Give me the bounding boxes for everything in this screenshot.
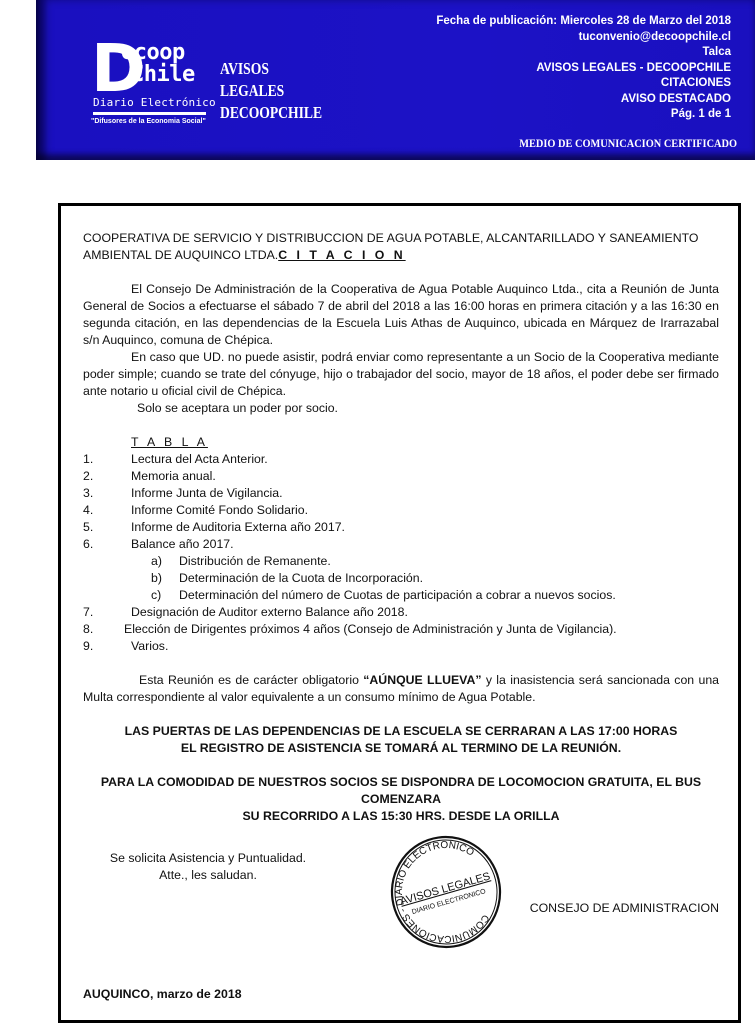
place-date: AUQUINCO, marzo de 2018 [83, 986, 242, 1003]
subitem-letter: b) [151, 570, 179, 587]
agenda-number: 6. [83, 536, 131, 553]
agenda-number: 5. [83, 519, 131, 536]
agenda-item: 7.Designación de Auditor externo Balance… [83, 604, 719, 621]
paragraph-convocation: El Consejo De Administración de la Coope… [83, 281, 719, 349]
citacion-tag: C I T A C I O N [278, 248, 405, 262]
transport-notice: PARA LA COMODIDAD DE NUESTROS SOCIOS SE … [83, 774, 719, 825]
agenda-label: Balance año 2017. [131, 536, 234, 553]
agenda-label: Elección de Dirigentes próximos 4 años (… [124, 621, 617, 638]
section-title-line: DECOOPCHILE [220, 102, 322, 124]
doors-notice-line: EL REGISTRO DE ASISTENCIA SE TOMARÁ AL T… [83, 740, 719, 757]
official-stamp: COMUNICACIONES - DIARIO ELECTRONICO AVIS… [388, 834, 504, 950]
agenda-item: 8.Elección de Dirigentes próximos 4 años… [83, 621, 719, 638]
header-banner: D ecoop Chile Diario Electrónico "Difuso… [36, 0, 755, 160]
notice-document: COOPERATIVA DE SERVICIO Y DISTRIBUCCION … [58, 203, 741, 1023]
logo-word-chile: Chile [131, 64, 195, 86]
agenda-label: Informe Junta de Vigilancia. [131, 485, 283, 502]
agenda-item: 4.Informe Comité Fondo Solidario. [83, 502, 719, 519]
logo-divider [93, 112, 206, 115]
paragraph-proxy: En caso que UD. no puede asistir, podrá … [83, 349, 719, 400]
certified-label: MEDIO DE COMUNICACION CERTIFICADO [519, 138, 737, 150]
publication-section: AVISOS LEGALES - DECOOPCHILE [436, 61, 731, 77]
publication-category: CITACIONES [436, 76, 731, 92]
obligation-text: Esta Reunión es de carácter obligatorio [139, 673, 363, 687]
agenda-title: T A B L A [83, 434, 719, 451]
agenda-label: Informe Comité Fondo Solidario. [131, 502, 308, 519]
section-title-line: AVISOS [220, 58, 322, 80]
agenda-list: 1.Lectura del Acta Anterior. 2.Memoria a… [83, 451, 719, 655]
agenda-subitem: a)Distribución de Remanente. [83, 553, 719, 570]
closing-line: Se solicita Asistencia y Puntualidad. [83, 850, 333, 867]
publication-date: Fecha de publicación: Miercoles 28 de Ma… [436, 14, 731, 30]
logo-word-decoop: ecoop [121, 42, 185, 64]
subitem-label: Distribución de Remanente. [179, 553, 331, 570]
closing-line: Atte., les saludan. [83, 867, 333, 884]
agenda-item: 5.Informe de Auditoria Externa año 2017. [83, 519, 719, 536]
page-indicator: Pág. 1 de 1 [436, 107, 731, 123]
agenda-item: 6.Balance año 2017. [83, 536, 719, 553]
transport-notice-line: PARA LA COMODIDAD DE NUESTROS SOCIOS SE … [83, 774, 719, 808]
agenda-item: 2.Memoria anual. [83, 468, 719, 485]
section-title: AVISOS LEGALES DECOOPCHILE [220, 58, 322, 124]
paragraph-obligation: Esta Reunión es de carácter obligatorio … [83, 672, 719, 706]
agenda-number: 3. [83, 485, 131, 502]
agenda-number: 1. [83, 451, 131, 468]
document-heading: COOPERATIVA DE SERVICIO Y DISTRIBUCCION … [83, 230, 719, 264]
subitem-label: Determinación de la Cuota de Incorporaci… [179, 570, 423, 587]
agenda-label: Informe de Auditoria Externa año 2017. [131, 519, 345, 536]
logo-tagline: "Difusores de la Economia Social" [91, 118, 206, 125]
agenda-number: 2. [83, 468, 131, 485]
agenda-subitem: b)Determinación de la Cuota de Incorpora… [83, 570, 719, 587]
closing-remarks: Se solicita Asistencia y Puntualidad. At… [83, 850, 333, 884]
agenda-number: 4. [83, 502, 131, 519]
publication-meta: Fecha de publicación: Miercoles 28 de Ma… [436, 14, 731, 123]
agenda-subitem: c)Determinación del número de Cuotas de … [83, 587, 719, 604]
agenda-item: 1.Lectura del Acta Anterior. [83, 451, 719, 468]
agenda-label: Memoria anual. [131, 468, 216, 485]
agenda-label: Designación de Auditor externo Balance a… [131, 604, 408, 621]
city: Talca [436, 45, 731, 61]
obligation-emphasis: “AÚNQUE LLUEVA” [363, 673, 481, 687]
contact-email[interactable]: tuconvenio@decoopchile.cl [436, 30, 731, 46]
subitem-letter: c) [151, 587, 179, 604]
agenda-number: 7. [83, 604, 131, 621]
document-body: COOPERATIVA DE SERVICIO Y DISTRIBUCCION … [83, 230, 719, 825]
subitem-letter: a) [151, 553, 179, 570]
agenda-item: 9.Varios. [83, 638, 719, 655]
section-title-line: LEGALES [220, 80, 322, 102]
agenda-label: Lectura del Acta Anterior. [131, 451, 268, 468]
notice-type: AVISO DESTACADO [436, 92, 731, 108]
doors-notice-line: LAS PUERTAS DE LAS DEPENDENCIAS DE LA ES… [83, 723, 719, 740]
signature-block: CONSEJO DE ADMINISTRACION [530, 900, 719, 917]
transport-notice-line: SU RECORRIDO A LAS 15:30 HRS. DESDE LA O… [83, 808, 719, 825]
agenda-number: 9. [83, 638, 131, 655]
stamp-seal-icon: COMUNICACIONES - DIARIO ELECTRONICO AVIS… [388, 834, 504, 950]
logo-subtitle: Diario Electrónico [93, 96, 216, 109]
paragraph-proxy-limit: Solo se aceptara un poder por socio. [83, 400, 719, 417]
subitem-label: Determinación del número de Cuotas de pa… [179, 587, 616, 604]
doors-notice: LAS PUERTAS DE LAS DEPENDENCIAS DE LA ES… [83, 723, 719, 757]
agenda-item: 3.Informe Junta de Vigilancia. [83, 485, 719, 502]
agenda-label: Varios. [131, 638, 168, 655]
